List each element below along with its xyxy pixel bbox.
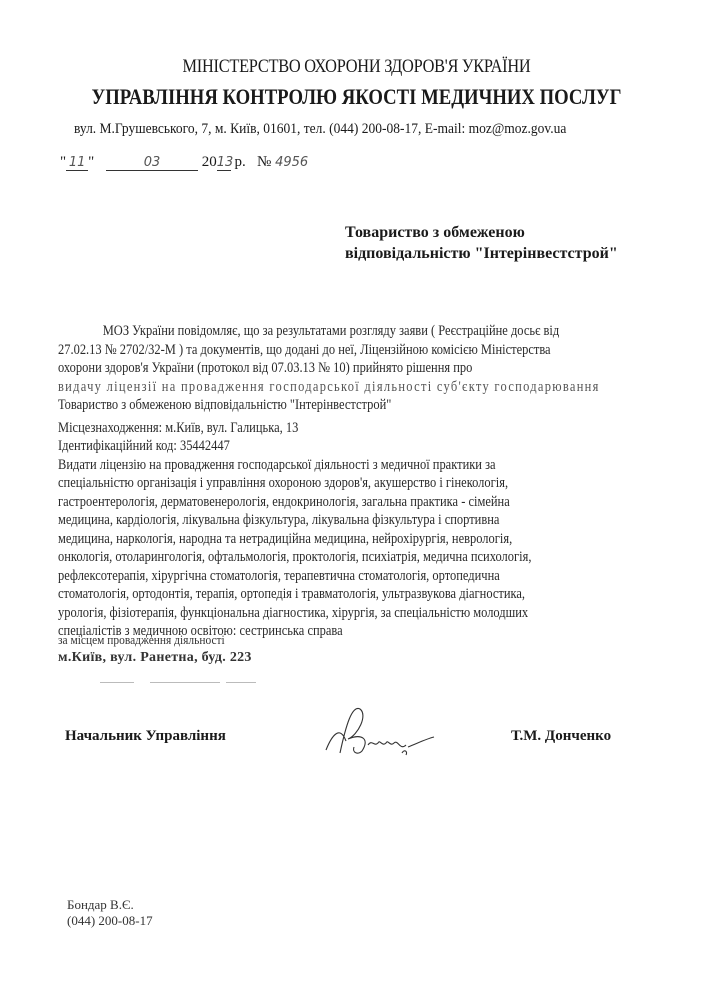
body-line: Ідентифікаційний код: 35442447: [58, 437, 600, 456]
date-and-number-line: "11" 03 2013 р. № 4956: [60, 154, 308, 171]
body-line: Товариство з обмеженою відповідальністю …: [58, 396, 600, 415]
body-line: рефлексотерапія, хірургічна стоматологія…: [58, 567, 600, 586]
body-line: спеціальністю організація і управління о…: [58, 474, 600, 493]
body-line: видачу ліцензії на провадження господарс…: [58, 378, 600, 397]
body-line: медицина, кардіологія, лікувальна фізкул…: [58, 511, 600, 530]
activity-place-label: за місцем провадження діяльності: [58, 632, 225, 648]
body-line: Місцезнаходження: м.Київ, вул. Галицька,…: [58, 419, 600, 438]
handwritten-signature-icon: [318, 695, 438, 765]
recipient-block: Товариство з обмеженою відповідальністю …: [345, 222, 618, 264]
number-label: №: [257, 154, 271, 170]
body-line: урологія, фізіотерапія, функціональна ді…: [58, 604, 600, 623]
body-line: медицина, наркологія, народна та нетради…: [58, 530, 600, 549]
body-line: гастроентерологія, дерматовенерологія, е…: [58, 493, 600, 512]
document-number: 4956: [275, 155, 308, 170]
body-line: охорони здоров'я України (протокол від 0…: [58, 359, 600, 378]
ministry-address: вул. М.Грушевського, 7, м. Київ, 01601, …: [74, 121, 566, 138]
body-line: МОЗ України повідомляє, що за результата…: [58, 322, 600, 341]
faint-line: [226, 682, 256, 683]
department-header: УПРАВЛІННЯ КОНТРОЛЮ ЯКОСТІ МЕДИЧНИХ ПОСЛ…: [53, 84, 659, 110]
faint-line: [100, 682, 134, 683]
signer-title: Начальник Управління: [65, 728, 226, 745]
body-line: стоматологія, ортодонтія, терапія, ортоп…: [58, 585, 600, 604]
day-field: 11: [66, 155, 88, 171]
month-field: 03: [106, 155, 198, 171]
recipient-line-1: Товариство з обмеженою: [345, 222, 618, 243]
faint-line: [150, 682, 220, 683]
signer-name: Т.М. Донченко: [511, 728, 611, 745]
year-label: р.: [235, 154, 246, 170]
body-line: онкологія, отоларингологія, офтальмологі…: [58, 548, 600, 567]
close-quote: ": [88, 154, 94, 170]
recipient-line-2: відповідальністю "Інтерінвестстрой": [345, 243, 618, 264]
body-line: Видати ліцензію на провадження господарс…: [58, 456, 600, 475]
executor-name: Бондар В.Є.: [67, 897, 134, 913]
letter-body: МОЗ України повідомляє, що за результата…: [58, 322, 600, 641]
executor-phone: (044) 200-08-17: [67, 913, 153, 929]
body-line: 27.02.13 № 2702/32-М ) та документів, що…: [58, 341, 600, 360]
activity-place-value: м.Київ, вул. Ранетна, буд. 223: [58, 650, 252, 666]
year-suffix-field: 13: [217, 155, 231, 171]
ministry-header: МІНІСТЕРСТВО ОХОРОНИ ЗДОРОВ'Я УКРАЇНИ: [50, 56, 663, 78]
year-prefix: 20: [202, 154, 217, 170]
